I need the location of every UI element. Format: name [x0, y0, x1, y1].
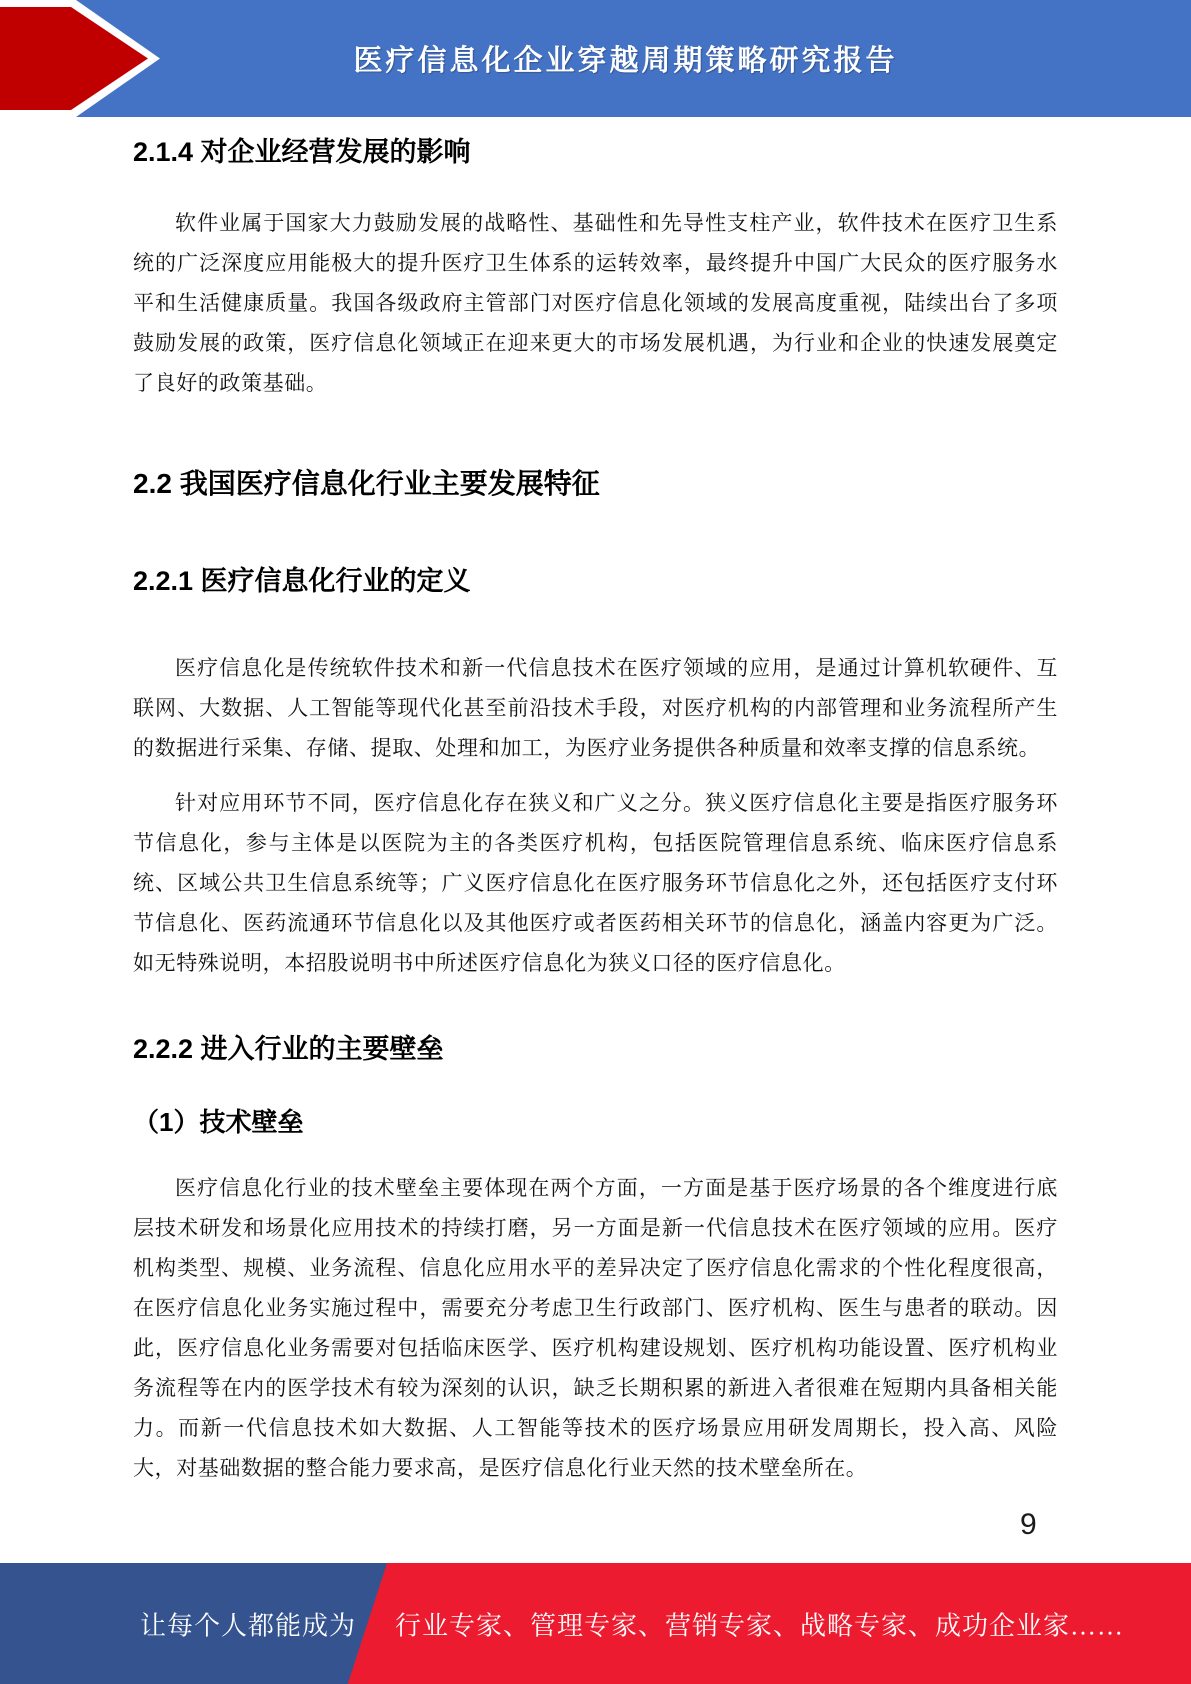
page-footer: 让每个人都能成为 行业专家、管理专家、营销专家、战略专家、成功企业家……: [0, 1563, 1191, 1684]
heading-2-2-2: 2.2.2 进入行业的主要壁垒: [133, 1028, 1058, 1070]
page-header: 医疗信息化企业穿越周期策略研究报告: [0, 0, 1191, 117]
page-number: 9: [1020, 1508, 1037, 1542]
paragraph-policy-impact: 软件业属于国家大力鼓励发展的战略性、基础性和先导性支柱产业，软件技术在医疗卫生系…: [133, 203, 1058, 403]
heading-2-2-1: 2.2.1 医疗信息化行业的定义: [133, 560, 1058, 602]
red-chevron-icon: [0, 0, 170, 117]
heading-tech-barrier: （1）技术壁垒: [133, 1101, 1058, 1143]
footer-slogan-right: 行业专家、管理专家、营销专家、战略专家、成功企业家……: [395, 1605, 1124, 1642]
heading-2-1-4: 2.1.4 对企业经营发展的影响: [133, 131, 1058, 173]
footer-slogan-left: 让每个人都能成为: [140, 1605, 356, 1642]
report-page: 医疗信息化企业穿越周期策略研究报告 2.1.4 对企业经营发展的影响 软件业属于…: [0, 0, 1191, 1684]
paragraph-tech-barrier: 医疗信息化行业的技术壁垒主要体现在两个方面，一方面是基于医疗场景的各个维度进行底…: [133, 1168, 1058, 1488]
paragraph-broad-narrow: 针对应用环节不同，医疗信息化存在狭义和广义之分。狭义医疗信息化主要是指医疗服务环…: [133, 783, 1058, 983]
heading-2-2: 2.2 我国医疗信息化行业主要发展特征: [133, 463, 1058, 505]
paragraph-definition: 医疗信息化是传统软件技术和新一代信息技术在医疗领域的应用，是通过计算机软硬件、互…: [133, 648, 1058, 768]
document-body: 2.1.4 对企业经营发展的影响 软件业属于国家大力鼓励发展的战略性、基础性和先…: [0, 117, 1191, 1488]
report-title: 医疗信息化企业穿越周期策略研究报告: [293, 38, 897, 79]
